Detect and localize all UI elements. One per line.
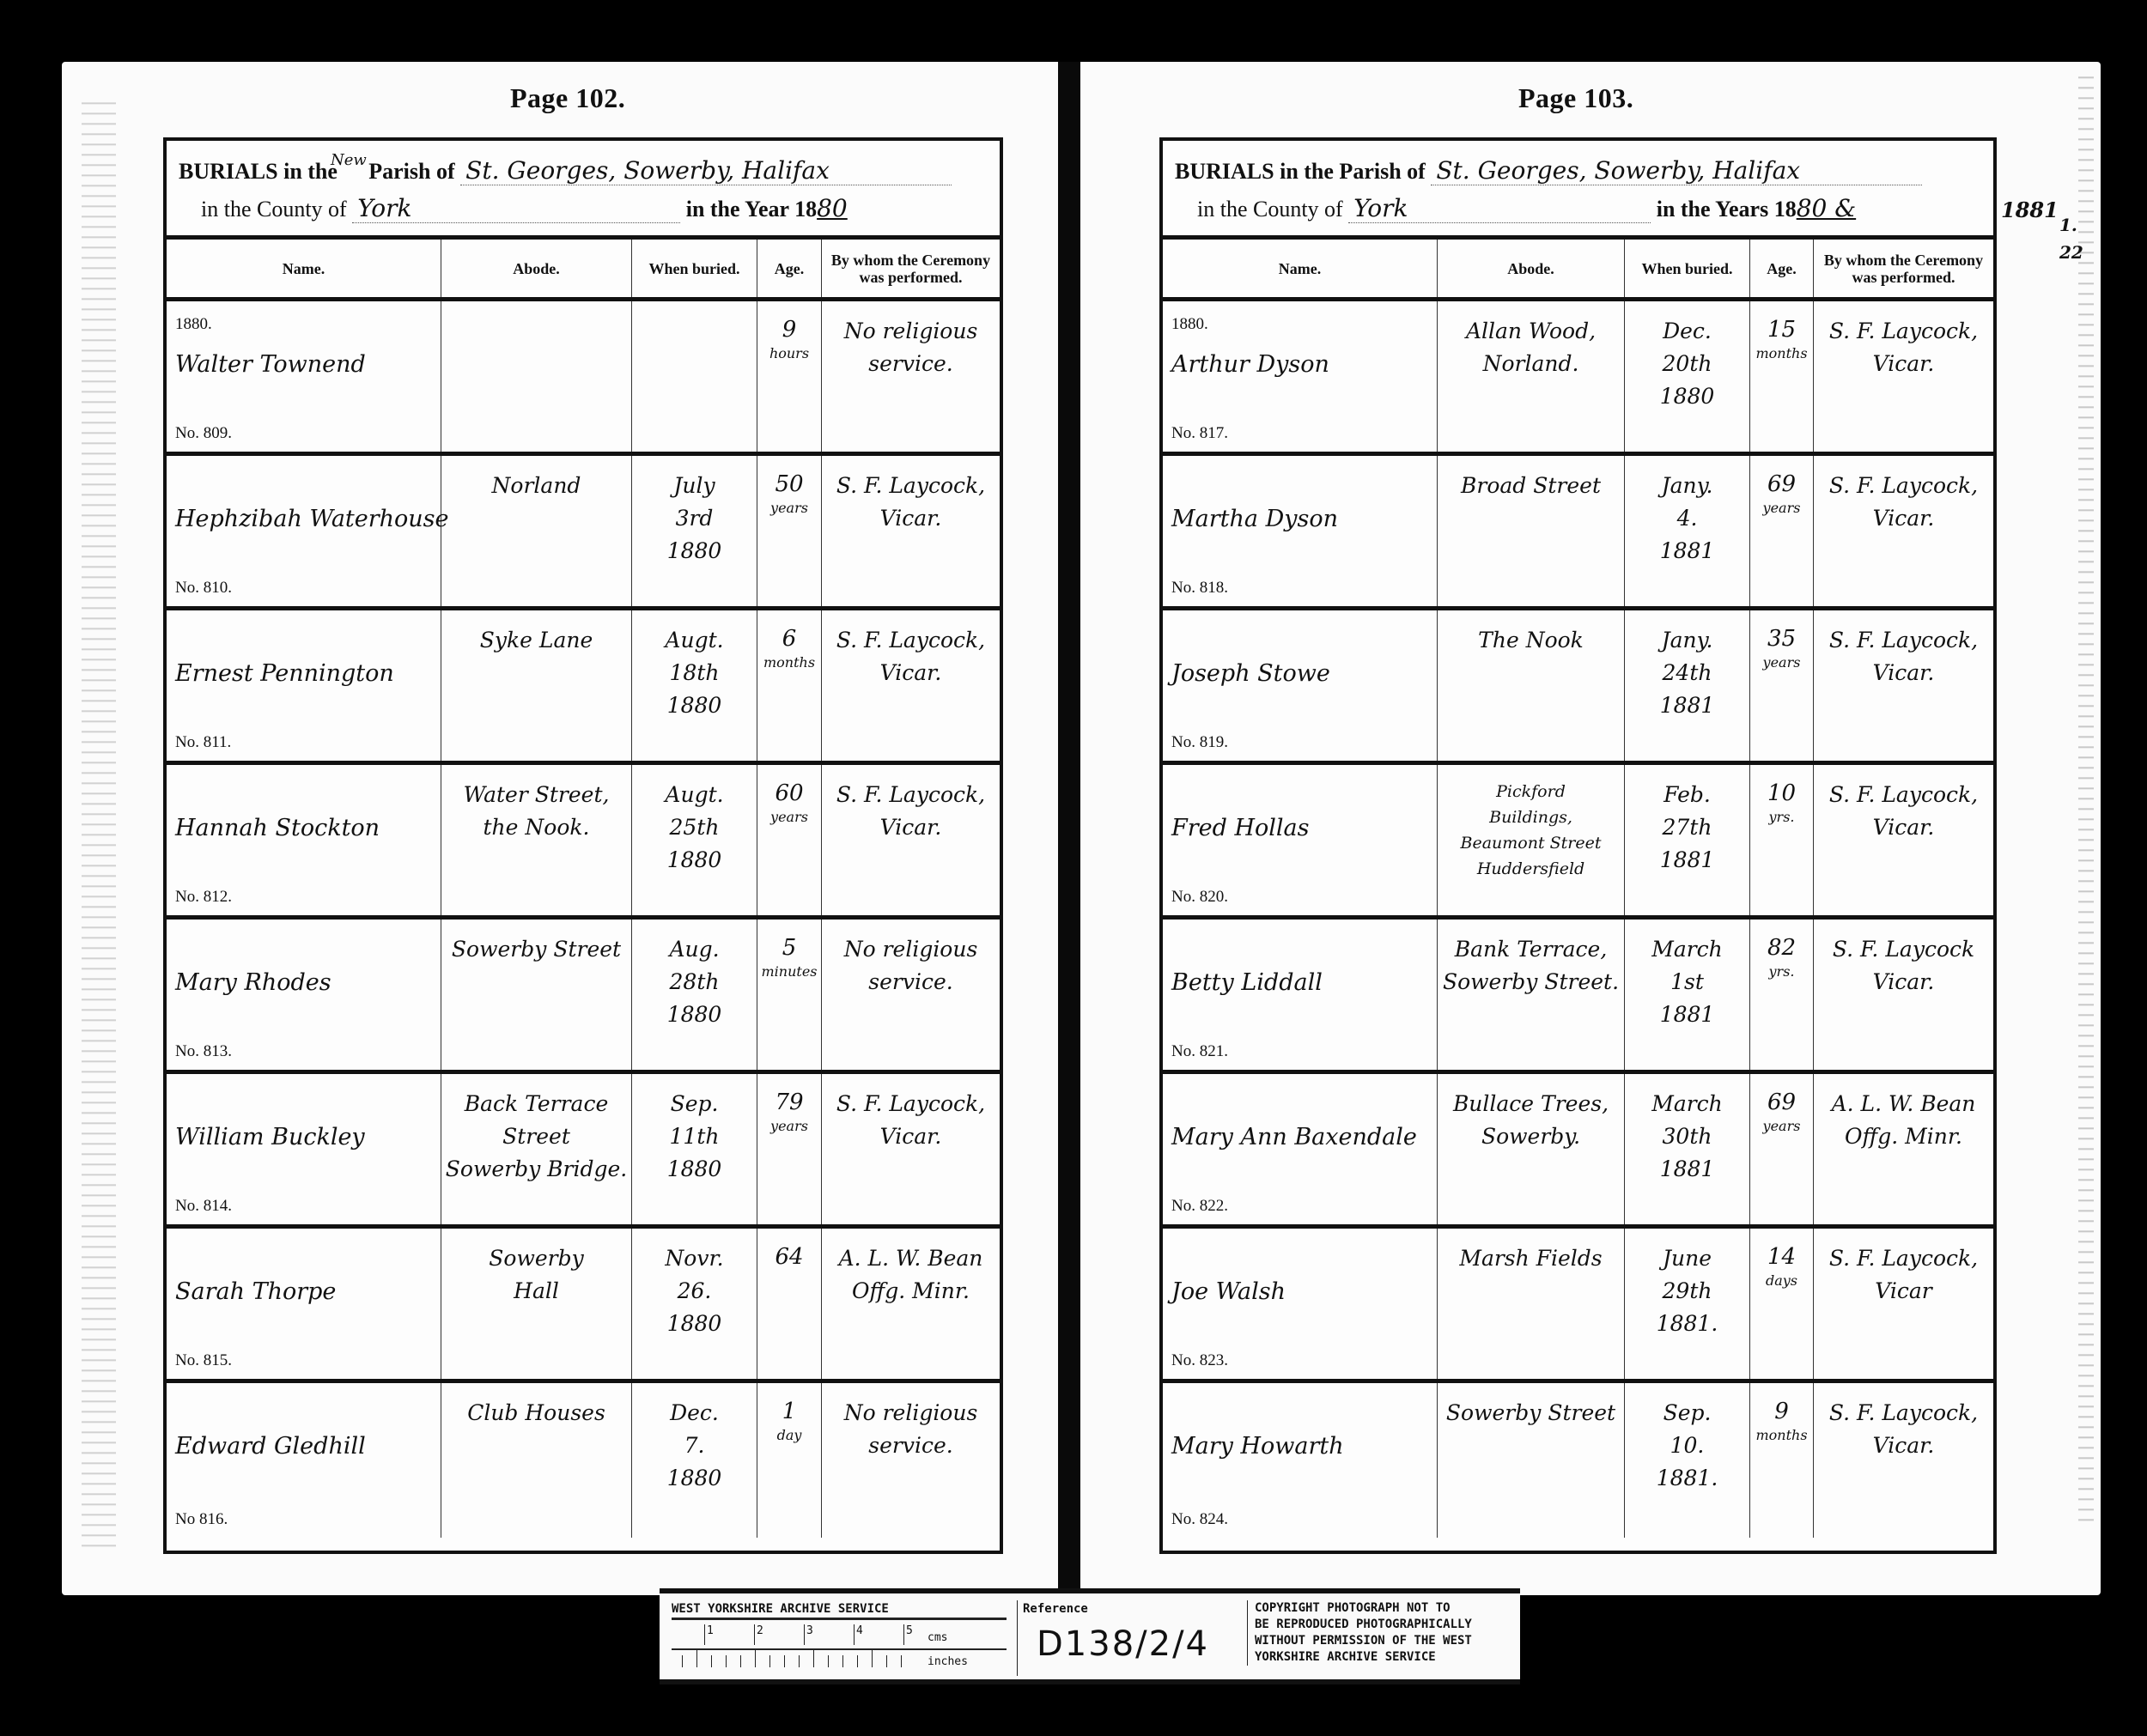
- inch-tick: [755, 1648, 756, 1667]
- entry-number: No. 822.: [1171, 1197, 1228, 1216]
- ceremony-cell: S. F. Laycock, Vicar.: [822, 1074, 1000, 1224]
- age-cell: 64: [757, 1229, 822, 1379]
- age-unit: days: [1750, 1272, 1813, 1290]
- year-note: 1880.: [1171, 315, 1208, 334]
- age-value: 10yrs.: [1750, 779, 1813, 827]
- left-column-headers: Name. Abode. When buried. Age. By whom t…: [167, 240, 1000, 301]
- name-cell: Mary RhodesNo. 813.: [167, 920, 441, 1070]
- abode-text: Back Terrace Street Sowerby Bridge.: [441, 1088, 631, 1186]
- entry-number: No. 809.: [175, 424, 232, 443]
- cms-scale-row: cms 12345: [672, 1624, 1007, 1650]
- abode-text: Sowerby Street: [441, 933, 631, 966]
- county-field: York: [1348, 194, 1651, 223]
- when-buried-cell: Sep. 11th 1880: [632, 1074, 757, 1224]
- age-value: 9months: [1750, 1397, 1813, 1445]
- when-buried-cell: Aug. 28th 1880: [632, 920, 757, 1070]
- age-unit: years: [757, 499, 821, 518]
- deceased-name: Arthur Dyson: [1171, 351, 1329, 378]
- table-row: 1880.Walter TownendNo. 809.9hoursNo reli…: [167, 301, 1000, 456]
- table-row: Martha DysonNo. 818.Broad StreetJany. 4.…: [1163, 456, 1993, 610]
- age-unit: hours: [757, 344, 821, 363]
- inch-tick: [696, 1648, 697, 1667]
- ceremony-cell: S. F. Laycock, Vicar.: [822, 456, 1000, 606]
- deceased-name: Ernest Pennington: [175, 660, 394, 687]
- col-header-age: Age.: [757, 240, 822, 297]
- deceased-name: Hephzibah Waterhouse: [175, 506, 449, 532]
- age-value: 50years: [757, 470, 821, 518]
- left-register-heading: BURIALS in theNew Parish of St. Georges,…: [167, 141, 1000, 240]
- insert-note: New: [331, 151, 367, 169]
- age-value: 14days: [1750, 1242, 1813, 1290]
- cm-tick: 3: [804, 1624, 813, 1645]
- abode-text: The Nook: [1438, 624, 1624, 657]
- deceased-name: Fred Hollas: [1171, 815, 1310, 841]
- age-unit: years: [1750, 653, 1813, 672]
- age-cell: 35years: [1750, 610, 1814, 761]
- ceremony-cell: S. F. Laycock, Vicar.: [1814, 456, 1993, 606]
- abode-cell: [441, 301, 632, 452]
- deceased-name: Mary Rhodes: [175, 969, 331, 996]
- entry-number: No. 811.: [175, 733, 231, 752]
- when-buried-cell: Sep. 10. 1881.: [1625, 1383, 1750, 1538]
- cm-tick: 1: [704, 1624, 714, 1645]
- inch-tick: [857, 1655, 858, 1667]
- abode-text: Club Houses: [441, 1397, 631, 1429]
- year-field: 80: [817, 194, 848, 222]
- table-row: William BuckleyNo. 814.Back Terrace Stre…: [167, 1074, 1000, 1229]
- year-prefix: in the Year 18: [686, 197, 817, 222]
- right-page-title: Page 103.: [1518, 82, 1633, 114]
- burial-date: Novr. 26. 1880: [632, 1242, 757, 1340]
- heading-parish-word: Parish of: [368, 159, 454, 184]
- age-cell: 69years: [1750, 456, 1814, 606]
- age-value: 82yrs.: [1750, 933, 1813, 981]
- inch-tick: [813, 1648, 814, 1667]
- entry-number: No. 824.: [1171, 1510, 1228, 1529]
- table-row: Joe WalshNo. 823.Marsh FieldsJune 29th 1…: [1163, 1229, 1993, 1383]
- inch-tick: [901, 1655, 902, 1667]
- abode-text: Sowerby Hall: [441, 1242, 631, 1308]
- county-prefix: in the County of: [1197, 197, 1343, 222]
- age-unit: months: [1750, 344, 1813, 363]
- abode-cell: Club Houses: [441, 1383, 632, 1538]
- age-cell: 5minutes: [757, 920, 822, 1070]
- ceremony-cell: S. F. Laycock, Vicar.: [1814, 301, 1993, 452]
- ceremony-cell: S. F. Laycock, Vicar: [1814, 1229, 1993, 1379]
- burial-date: Sep. 11th 1880: [632, 1088, 757, 1186]
- abode-text: Syke Lane: [441, 624, 631, 657]
- margin-mark-2: 22: [2059, 242, 2083, 263]
- abode-text: Norland: [441, 470, 631, 502]
- when-buried-cell: Jany. 4. 1881: [1625, 456, 1750, 606]
- abode-cell: Sowerby Hall: [441, 1229, 632, 1379]
- cm-tick: 4: [854, 1624, 863, 1645]
- officiant: S. F. Laycock, Vicar.: [1814, 779, 1993, 844]
- inch-tick: [769, 1655, 770, 1667]
- age-value: 60years: [757, 779, 821, 827]
- deceased-name: Walter Townend: [175, 351, 366, 378]
- abode-cell: Sowerby Street: [1438, 1383, 1625, 1538]
- abode-cell: Sowerby Street: [441, 920, 632, 1070]
- officiant: A. L. W. Bean Offg. Minr.: [822, 1242, 1000, 1308]
- measurement-scale: cms 12345 inches: [672, 1624, 1007, 1672]
- year-note: 1880.: [175, 315, 212, 334]
- left-entries: 1880.Walter TownendNo. 809.9hoursNo reli…: [167, 301, 1000, 1551]
- table-row: Mary HowarthNo. 824.Sowerby StreetSep. 1…: [1163, 1383, 1993, 1538]
- parish-field: St. Georges, Sowerby, Halifax: [460, 156, 952, 185]
- age-unit: yrs.: [1750, 962, 1813, 981]
- abode-text: Marsh Fields: [1438, 1242, 1624, 1275]
- cm-tick: 2: [754, 1624, 763, 1645]
- reference-value: D138/2/4: [1037, 1624, 1209, 1664]
- heading-prefix: BURIALS in the: [179, 159, 338, 184]
- age-unit: yrs.: [1750, 808, 1813, 827]
- reference-box: Reference D138/2/4: [1017, 1600, 1243, 1676]
- name-cell: Edward GledhillNo 816.: [167, 1383, 441, 1538]
- col-header-when-buried: When buried.: [632, 240, 757, 297]
- inch-tick: [682, 1655, 683, 1667]
- name-cell: 1880.Arthur DysonNo. 817.: [1163, 301, 1438, 452]
- entry-number: No. 815.: [175, 1351, 232, 1370]
- name-cell: Fred HollasNo. 820.: [1163, 765, 1438, 915]
- name-cell: Martha DysonNo. 818.: [1163, 456, 1438, 606]
- copyright-notice: COPYRIGHT PHOTOGRAPH NOT TO BE REPRODUCE…: [1247, 1600, 1521, 1666]
- inch-tick: [784, 1655, 785, 1667]
- right-entries: 1880.Arthur DysonNo. 817.Allan Wood, Nor…: [1163, 301, 1993, 1551]
- age-value: 9hours: [757, 315, 821, 363]
- col-header-name: Name.: [167, 240, 441, 297]
- col-header-name: Name.: [1163, 240, 1438, 297]
- abode-cell: Back Terrace Street Sowerby Bridge.: [441, 1074, 632, 1224]
- table-row: Hannah StocktonNo. 812.Water Street, the…: [167, 765, 1000, 920]
- abode-cell: Water Street, the Nook.: [441, 765, 632, 915]
- officiant: S. F. Laycock, Vicar.: [822, 624, 1000, 689]
- page-edge-speckle: [82, 94, 116, 1554]
- age-cell: 69years: [1750, 1074, 1814, 1224]
- name-cell: 1880.Walter TownendNo. 809.: [167, 301, 441, 452]
- ceremony-cell: S. F. Laycock, Vicar.: [1814, 1383, 1993, 1538]
- inches-unit: inches: [928, 1655, 968, 1668]
- name-cell: William BuckleyNo. 814.: [167, 1074, 441, 1224]
- margin-mark-1: 1.: [2059, 215, 2077, 235]
- table-row: Hephzibah WaterhouseNo. 810.NorlandJuly …: [167, 456, 1000, 610]
- abode-text: Bullace Trees, Sowerby.: [1438, 1088, 1624, 1153]
- year-field: 80 &: [1797, 194, 1856, 222]
- age-unit: day: [757, 1426, 821, 1445]
- inch-tick: [842, 1655, 843, 1667]
- table-row: Ernest PenningtonNo. 811.Syke LaneAugt. …: [167, 610, 1000, 765]
- age-cell: 6months: [757, 610, 822, 761]
- when-buried-cell: [632, 301, 757, 452]
- age-unit: minutes: [757, 962, 821, 981]
- burial-date: Feb. 27th 1881: [1625, 779, 1749, 877]
- abode-cell: Marsh Fields: [1438, 1229, 1625, 1379]
- when-buried-cell: Novr. 26. 1880: [632, 1229, 757, 1379]
- burial-date: Sep. 10. 1881.: [1625, 1397, 1749, 1495]
- name-cell: Mary HowarthNo. 824.: [1163, 1383, 1438, 1538]
- burial-date: Jany. 4. 1881: [1625, 470, 1749, 568]
- right-column-headers: Name. Abode. When buried. Age. By whom t…: [1163, 240, 1993, 301]
- abode-text: Water Street, the Nook.: [441, 779, 631, 844]
- age-cell: 79years: [757, 1074, 822, 1224]
- age-value: 35years: [1750, 624, 1813, 672]
- deceased-name: Betty Liddall: [1171, 969, 1323, 996]
- abode-text: Pickford Buildings, Beaumont Street Hudd…: [1438, 779, 1624, 882]
- officiant: S. F. Laycock, Vicar.: [1814, 470, 1993, 535]
- inch-tick: [799, 1655, 800, 1667]
- table-row: Betty LiddallNo. 821.Bank Terrace, Sower…: [1163, 920, 1993, 1074]
- deceased-name: William Buckley: [175, 1124, 365, 1150]
- burial-date: March 1st 1881: [1625, 933, 1749, 1031]
- age-value: 64: [757, 1242, 821, 1272]
- burial-date: July 3rd 1880: [632, 470, 757, 568]
- table-row: 1880.Arthur DysonNo. 817.Allan Wood, Nor…: [1163, 301, 1993, 456]
- table-row: Sarah ThorpeNo. 815.Sowerby HallNovr. 26…: [167, 1229, 1000, 1383]
- abode-cell: Syke Lane: [441, 610, 632, 761]
- col-header-age: Age.: [1750, 240, 1814, 297]
- officiant: S. F. Laycock, Vicar.: [822, 779, 1000, 844]
- age-cell: 15months: [1750, 301, 1814, 452]
- table-row: Mary Ann BaxendaleNo. 822.Bullace Trees,…: [1163, 1074, 1993, 1229]
- abode-cell: Broad Street: [1438, 456, 1625, 606]
- abode-cell: Norland: [441, 456, 632, 606]
- age-value: 79years: [757, 1088, 821, 1136]
- abode-text: Allan Wood, Norland.: [1438, 315, 1624, 380]
- age-value: 69years: [1750, 1088, 1813, 1136]
- ceremony-cell: S. F. Laycock, Vicar.: [1814, 610, 1993, 761]
- age-unit: months: [757, 653, 821, 672]
- age-unit: years: [1750, 1117, 1813, 1136]
- ceremony-cell: S. F. Laycock Vicar.: [1814, 920, 1993, 1070]
- name-cell: Sarah ThorpeNo. 815.: [167, 1229, 441, 1379]
- age-cell: 10yrs.: [1750, 765, 1814, 915]
- when-buried-cell: Augt. 18th 1880: [632, 610, 757, 761]
- officiant: A. L. W. Bean Offg. Minr.: [1814, 1088, 1993, 1153]
- parish-field: St. Georges, Sowerby, Halifax: [1431, 156, 1922, 185]
- heading-prefix: BURIALS in the Parish of: [1175, 159, 1426, 184]
- right-register-table: BURIALS in the Parish of St. Georges, So…: [1159, 137, 1997, 1554]
- age-cell: 9months: [1750, 1383, 1814, 1538]
- age-cell: 9hours: [757, 301, 822, 452]
- abode-cell: The Nook: [1438, 610, 1625, 761]
- entry-number: No. 820.: [1171, 888, 1228, 907]
- table-row: Mary RhodesNo. 813.Sowerby StreetAug. 28…: [167, 920, 1000, 1074]
- when-buried-cell: Dec. 20th 1880: [1625, 301, 1750, 452]
- age-cell: 1day: [757, 1383, 822, 1538]
- inch-tick: [740, 1655, 741, 1667]
- age-unit: months: [1750, 1426, 1813, 1445]
- name-cell: Ernest PenningtonNo. 811.: [167, 610, 441, 761]
- officiant: S. F. Laycock, Vicar.: [1814, 624, 1993, 689]
- when-buried-cell: June 29th 1881.: [1625, 1229, 1750, 1379]
- inch-tick: [872, 1648, 873, 1667]
- inch-tick: [726, 1655, 727, 1667]
- age-value: 1day: [757, 1397, 821, 1445]
- entry-number: No. 819.: [1171, 733, 1228, 752]
- age-cell: 82yrs.: [1750, 920, 1814, 1070]
- ceremony-cell: No religious service.: [822, 1383, 1000, 1538]
- abode-cell: Allan Wood, Norland.: [1438, 301, 1625, 452]
- deceased-name: Martha Dyson: [1171, 506, 1338, 532]
- left-page-title: Page 102.: [510, 82, 625, 114]
- when-buried-cell: July 3rd 1880: [632, 456, 757, 606]
- entry-number: No. 818.: [1171, 579, 1228, 598]
- county-prefix: in the County of: [201, 197, 347, 222]
- burial-date: March 30th 1881: [1625, 1088, 1749, 1186]
- entry-number: No. 817.: [1171, 424, 1228, 443]
- when-buried-cell: Dec. 7. 1880: [632, 1383, 757, 1538]
- inches-scale-row: inches: [672, 1648, 1007, 1672]
- age-value: 15months: [1750, 315, 1813, 363]
- when-buried-cell: Feb. 27th 1881: [1625, 765, 1750, 915]
- table-row: Joseph StoweNo. 819.The NookJany. 24th 1…: [1163, 610, 1993, 765]
- age-value: 5minutes: [757, 933, 821, 981]
- burial-date: Augt. 18th 1880: [632, 624, 757, 722]
- abode-text: Sowerby Street: [1438, 1397, 1624, 1429]
- entry-number: No. 813.: [175, 1042, 232, 1061]
- age-value: 69years: [1750, 470, 1813, 518]
- cms-unit: cms: [928, 1631, 947, 1644]
- officiant: No religious service.: [822, 315, 1000, 380]
- inch-tick: [711, 1655, 712, 1667]
- age-unit: years: [757, 808, 821, 827]
- name-cell: Hannah StocktonNo. 812.: [167, 765, 441, 915]
- name-cell: Betty LiddallNo. 821.: [1163, 920, 1438, 1070]
- abode-cell: Bank Terrace, Sowerby Street.: [1438, 920, 1625, 1070]
- ceremony-cell: A. L. W. Bean Offg. Minr.: [1814, 1074, 1993, 1224]
- right-register-heading: BURIALS in the Parish of St. Georges, So…: [1163, 141, 1993, 240]
- age-cell: 60years: [757, 765, 822, 915]
- ceremony-cell: No religious service.: [822, 301, 1000, 452]
- abode-text: Broad Street: [1438, 470, 1624, 502]
- age-value: 6months: [757, 624, 821, 672]
- abode-cell: Pickford Buildings, Beaumont Street Hudd…: [1438, 765, 1625, 915]
- cm-tick: 5: [903, 1624, 913, 1645]
- deceased-name: Joseph Stowe: [1171, 660, 1330, 687]
- deceased-name: Mary Howarth: [1171, 1433, 1344, 1460]
- deceased-name: Sarah Thorpe: [175, 1278, 336, 1305]
- table-row: Fred HollasNo. 820.Pickford Buildings, B…: [1163, 765, 1993, 920]
- burial-date: Dec. 7. 1880: [632, 1397, 757, 1495]
- officiant: S. F. Laycock, Vicar.: [822, 1088, 1000, 1153]
- officiant: S. F. Laycock, Vicar.: [1814, 315, 1993, 380]
- col-header-when-buried: When buried.: [1625, 240, 1750, 297]
- col-header-abode: Abode.: [441, 240, 632, 297]
- entry-number: No. 814.: [175, 1197, 232, 1216]
- abode-cell: Bullace Trees, Sowerby.: [1438, 1074, 1625, 1224]
- officiant: No religious service.: [822, 1397, 1000, 1462]
- age-unit: years: [1750, 499, 1813, 518]
- burial-date: Augt. 25th 1880: [632, 779, 757, 877]
- col-header-abode: Abode.: [1438, 240, 1625, 297]
- inch-tick: [886, 1655, 887, 1667]
- year-prefix: in the Years 18: [1657, 197, 1797, 222]
- when-buried-cell: March 30th 1881: [1625, 1074, 1750, 1224]
- officiant: S. F. Laycock, Vicar.: [822, 470, 1000, 535]
- burial-date: Aug. 28th 1880: [632, 933, 757, 1031]
- when-buried-cell: Jany. 24th 1881: [1625, 610, 1750, 761]
- when-buried-cell: Augt. 25th 1880: [632, 765, 757, 915]
- deceased-name: Edward Gledhill: [175, 1433, 366, 1460]
- age-cell: 14days: [1750, 1229, 1814, 1379]
- age-cell: 50years: [757, 456, 822, 606]
- officiant: S. F. Laycock, Vicar.: [1814, 1397, 1993, 1462]
- county-field: York: [352, 194, 680, 223]
- age-unit: years: [757, 1117, 821, 1136]
- entry-number: No. 812.: [175, 888, 232, 907]
- book-gutter: [1058, 62, 1080, 1595]
- left-register-table: BURIALS in theNew Parish of St. Georges,…: [163, 137, 1003, 1554]
- officiant: S. F. Laycock, Vicar: [1814, 1242, 1993, 1308]
- ceremony-cell: No religious service.: [822, 920, 1000, 1070]
- table-row: Edward GledhillNo 816.Club HousesDec. 7.…: [167, 1383, 1000, 1538]
- abode-text: Bank Terrace, Sowerby Street.: [1438, 933, 1624, 999]
- name-cell: Joseph StoweNo. 819.: [1163, 610, 1438, 761]
- col-header-ceremony: By whom the Ceremony was performed.: [1814, 240, 1993, 297]
- burial-date: June 29th 1881.: [1625, 1242, 1749, 1340]
- reference-label: Reference: [1023, 1602, 1088, 1616]
- archive-service-name: WEST YORKSHIRE ARCHIVE SERVICE: [672, 1602, 1007, 1620]
- ceremony-cell: S. F. Laycock, Vicar.: [1814, 765, 1993, 915]
- margin-year-note: 1881: [2001, 197, 2059, 222]
- officiant: S. F. Laycock Vicar.: [1814, 933, 1993, 999]
- col-header-ceremony: By whom the Ceremony was performed.: [822, 240, 1000, 297]
- officiant: No religious service.: [822, 933, 1000, 999]
- name-cell: Mary Ann BaxendaleNo. 822.: [1163, 1074, 1438, 1224]
- entry-number: No 816.: [175, 1510, 228, 1529]
- archive-reference-label: WEST YORKSHIRE ARCHIVE SERVICE cms 12345…: [660, 1588, 1520, 1684]
- deceased-name: Hannah Stockton: [175, 815, 380, 841]
- name-cell: Joe WalshNo. 823.: [1163, 1229, 1438, 1379]
- when-buried-cell: March 1st 1881: [1625, 920, 1750, 1070]
- ceremony-cell: S. F. Laycock, Vicar.: [822, 610, 1000, 761]
- deceased-name: Mary Ann Baxendale: [1171, 1124, 1417, 1150]
- entry-number: No. 821.: [1171, 1042, 1228, 1061]
- burial-date: Jany. 24th 1881: [1625, 624, 1749, 722]
- page-edge-speckle-right: [2078, 69, 2094, 1528]
- name-cell: Hephzibah WaterhouseNo. 810.: [167, 456, 441, 606]
- ceremony-cell: A. L. W. Bean Offg. Minr.: [822, 1229, 1000, 1379]
- entry-number: No. 810.: [175, 579, 232, 598]
- deceased-name: Joe Walsh: [1171, 1278, 1286, 1305]
- inch-tick: [828, 1655, 829, 1667]
- ceremony-cell: S. F. Laycock, Vicar.: [822, 765, 1000, 915]
- entry-number: No. 823.: [1171, 1351, 1228, 1370]
- burial-date: Dec. 20th 1880: [1625, 315, 1749, 413]
